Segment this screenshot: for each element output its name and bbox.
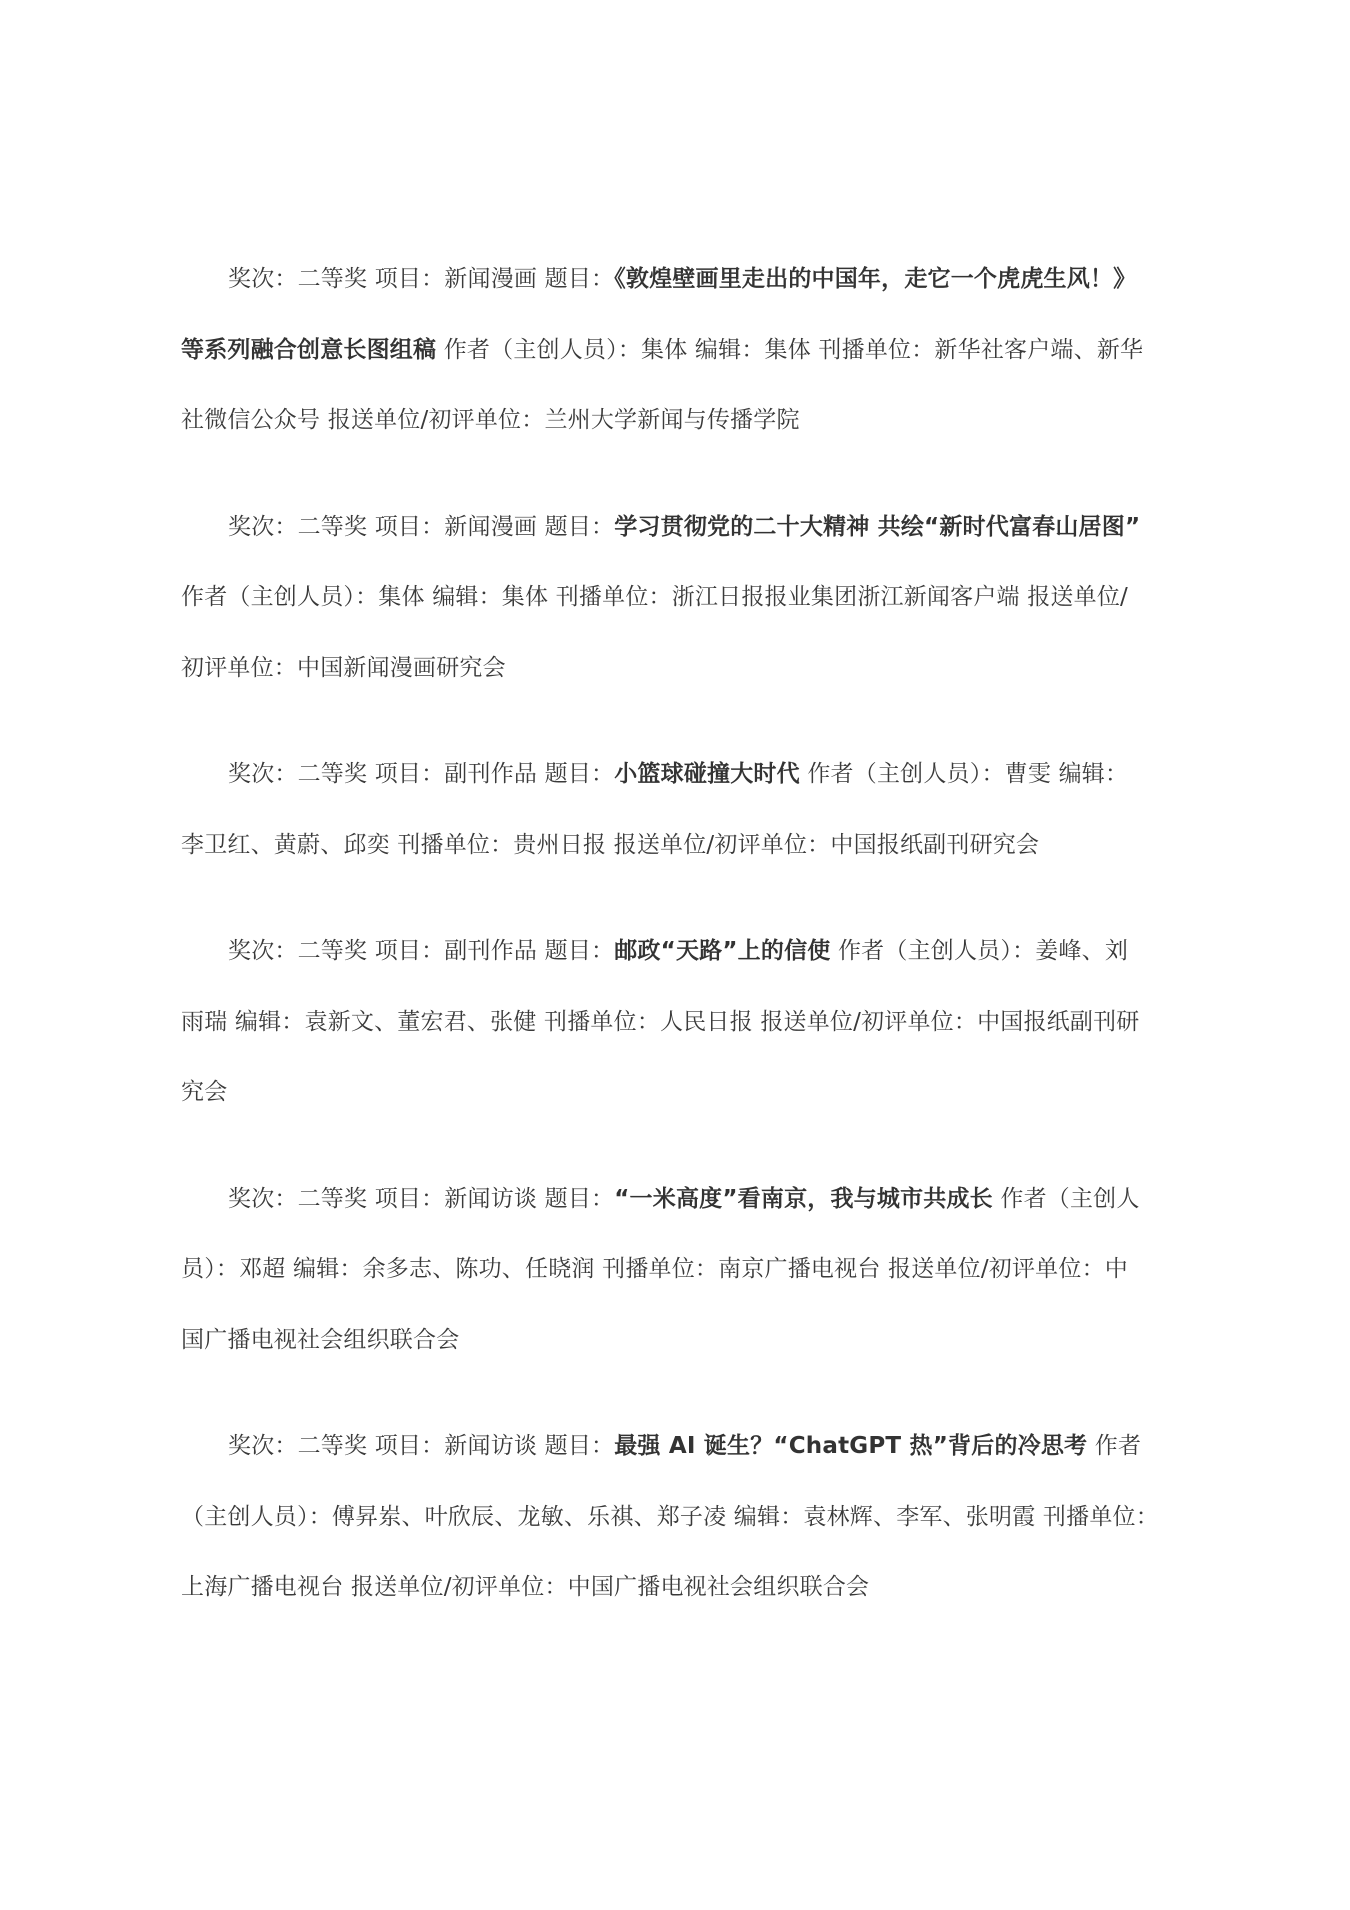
entry-line: 雨瑞 编辑：袁新文、董宏君、张健 刊播单位：人民日报 报送单位/初评单位：中国报… — [181, 987, 1191, 1058]
entry-text: 奖次：二等奖 项目：新闻漫画 题目： — [228, 266, 614, 292]
entry-line: 奖次：二等奖 项目：新闻访谈 题目：“一米高度”看南京，我与城市共成长 作者（主… — [181, 1164, 1191, 1235]
entry-title: 《敦煌壁画里走出的中国年，走它一个虎虎生风！》 — [614, 266, 1136, 292]
entry-text: 奖次：二等奖 项目：新闻漫画 题目： — [228, 514, 614, 540]
entry-text: 雨瑞 编辑：袁新文、董宏君、张健 刊播单位：人民日报 报送单位/初评单位：中国报… — [181, 1009, 1139, 1035]
entry-text: 奖次：二等奖 项目：副刊作品 题目： — [228, 761, 614, 787]
entry-text: 奖次：二等奖 项目：副刊作品 题目： — [228, 938, 614, 964]
entry-title: 最强 AI 诞生？“ChatGPT 热”背后的冷思考 — [614, 1433, 1087, 1459]
entry-text: 作者（主创人员）：集体 编辑：集体 刊播单位：新华社客户端、新华 — [436, 337, 1143, 363]
entry-line: 奖次：二等奖 项目：新闻访谈 题目：最强 AI 诞生？“ChatGPT 热”背后… — [181, 1411, 1191, 1482]
entry-line: 奖次：二等奖 项目：新闻漫画 题目：《敦煌壁画里走出的中国年，走它一个虎虎生风！… — [181, 244, 1191, 315]
entry-line: （主创人员）：傅昇岽、叶欣辰、龙敏、乐祺、郑子凌 编辑：袁林辉、李军、张明霞 刊… — [181, 1482, 1191, 1553]
entry-text: 奖次：二等奖 项目：新闻访谈 题目： — [228, 1433, 614, 1459]
entry-title: “一米高度”看南京，我与城市共成长 — [614, 1186, 993, 1212]
entry-line: 作者（主创人员）：集体 编辑：集体 刊播单位：浙江日报报业集团浙江新闻客户端 报… — [181, 562, 1191, 633]
award-entry: 奖次：二等奖 项目：新闻访谈 题目：“一米高度”看南京，我与城市共成长 作者（主… — [181, 1164, 1191, 1376]
entry-text: 作者（主创人员）：曹雯 编辑： — [800, 761, 1128, 787]
award-entry: 奖次：二等奖 项目：新闻访谈 题目：最强 AI 诞生？“ChatGPT 热”背后… — [181, 1411, 1191, 1623]
entry-text: 李卫红、黄蔚、邱奕 刊播单位：贵州日报 报送单位/初评单位：中国报纸副刊研究会 — [181, 832, 1039, 858]
entry-line: 李卫红、黄蔚、邱奕 刊播单位：贵州日报 报送单位/初评单位：中国报纸副刊研究会 — [181, 810, 1191, 881]
entry-title: 等系列融合创意长图组稿 — [181, 337, 436, 363]
entry-line: 员）：邓超 编辑：余多志、陈功、任晓润 刊播单位：南京广播电视台 报送单位/初评… — [181, 1234, 1191, 1305]
entry-line: 奖次：二等奖 项目：副刊作品 题目：小篮球碰撞大时代 作者（主创人员）：曹雯 编… — [181, 739, 1191, 810]
entry-text: 国广播电视社会组织联合会 — [181, 1327, 459, 1353]
entry-text: 员）：邓超 编辑：余多志、陈功、任晓润 刊播单位：南京广播电视台 报送单位/初评… — [181, 1256, 1128, 1282]
entry-text: 作者（主创人员）：姜峰、刘 — [830, 938, 1128, 964]
entry-text: 作者（主创人员）：集体 编辑：集体 刊播单位：浙江日报报业集团浙江新闻客户端 报… — [181, 584, 1128, 610]
entry-text: （主创人员）：傅昇岽、叶欣辰、龙敏、乐祺、郑子凌 编辑：袁林辉、李军、张明霞 刊… — [181, 1504, 1159, 1530]
entry-line: 国广播电视社会组织联合会 — [181, 1305, 1191, 1376]
entry-text: 奖次：二等奖 项目：新闻访谈 题目： — [228, 1186, 614, 1212]
entry-line: 究会 — [181, 1057, 1191, 1128]
entry-line: 奖次：二等奖 项目：新闻漫画 题目：学习贯彻党的二十大精神 共绘“新时代富春山居… — [181, 492, 1191, 563]
award-entry: 奖次：二等奖 项目：副刊作品 题目：邮政“天路”上的信使 作者（主创人员）：姜峰… — [181, 916, 1191, 1128]
document-page: 奖次：二等奖 项目：新闻漫画 题目：《敦煌壁画里走出的中国年，走它一个虎虎生风！… — [181, 244, 1191, 1659]
entry-title: 邮政“天路”上的信使 — [614, 938, 830, 964]
entry-line: 社微信公众号 报送单位/初评单位：兰州大学新闻与传播学院 — [181, 385, 1191, 456]
entry-text: 社微信公众号 报送单位/初评单位：兰州大学新闻与传播学院 — [181, 407, 800, 433]
entry-text: 作者 — [1087, 1433, 1141, 1459]
entry-text: 初评单位：中国新闻漫画研究会 — [181, 655, 506, 681]
entry-line: 奖次：二等奖 项目：副刊作品 题目：邮政“天路”上的信使 作者（主创人员）：姜峰… — [181, 916, 1191, 987]
entry-line: 初评单位：中国新闻漫画研究会 — [181, 633, 1191, 704]
entry-line: 上海广播电视台 报送单位/初评单位：中国广播电视社会组织联合会 — [181, 1552, 1191, 1623]
entry-title: 学习贯彻党的二十大精神 共绘“新时代富春山居图” — [614, 514, 1140, 540]
award-entry: 奖次：二等奖 项目：新闻漫画 题目：学习贯彻党的二十大精神 共绘“新时代富春山居… — [181, 492, 1191, 704]
award-entry: 奖次：二等奖 项目：副刊作品 题目：小篮球碰撞大时代 作者（主创人员）：曹雯 编… — [181, 739, 1191, 880]
entry-text: 究会 — [181, 1079, 227, 1105]
entry-line: 等系列融合创意长图组稿 作者（主创人员）：集体 编辑：集体 刊播单位：新华社客户… — [181, 315, 1191, 386]
entry-text: 作者（主创人 — [993, 1186, 1140, 1212]
entry-title: 小篮球碰撞大时代 — [614, 761, 800, 787]
entry-text: 上海广播电视台 报送单位/初评单位：中国广播电视社会组织联合会 — [181, 1574, 869, 1600]
award-entry: 奖次：二等奖 项目：新闻漫画 题目：《敦煌壁画里走出的中国年，走它一个虎虎生风！… — [181, 244, 1191, 456]
